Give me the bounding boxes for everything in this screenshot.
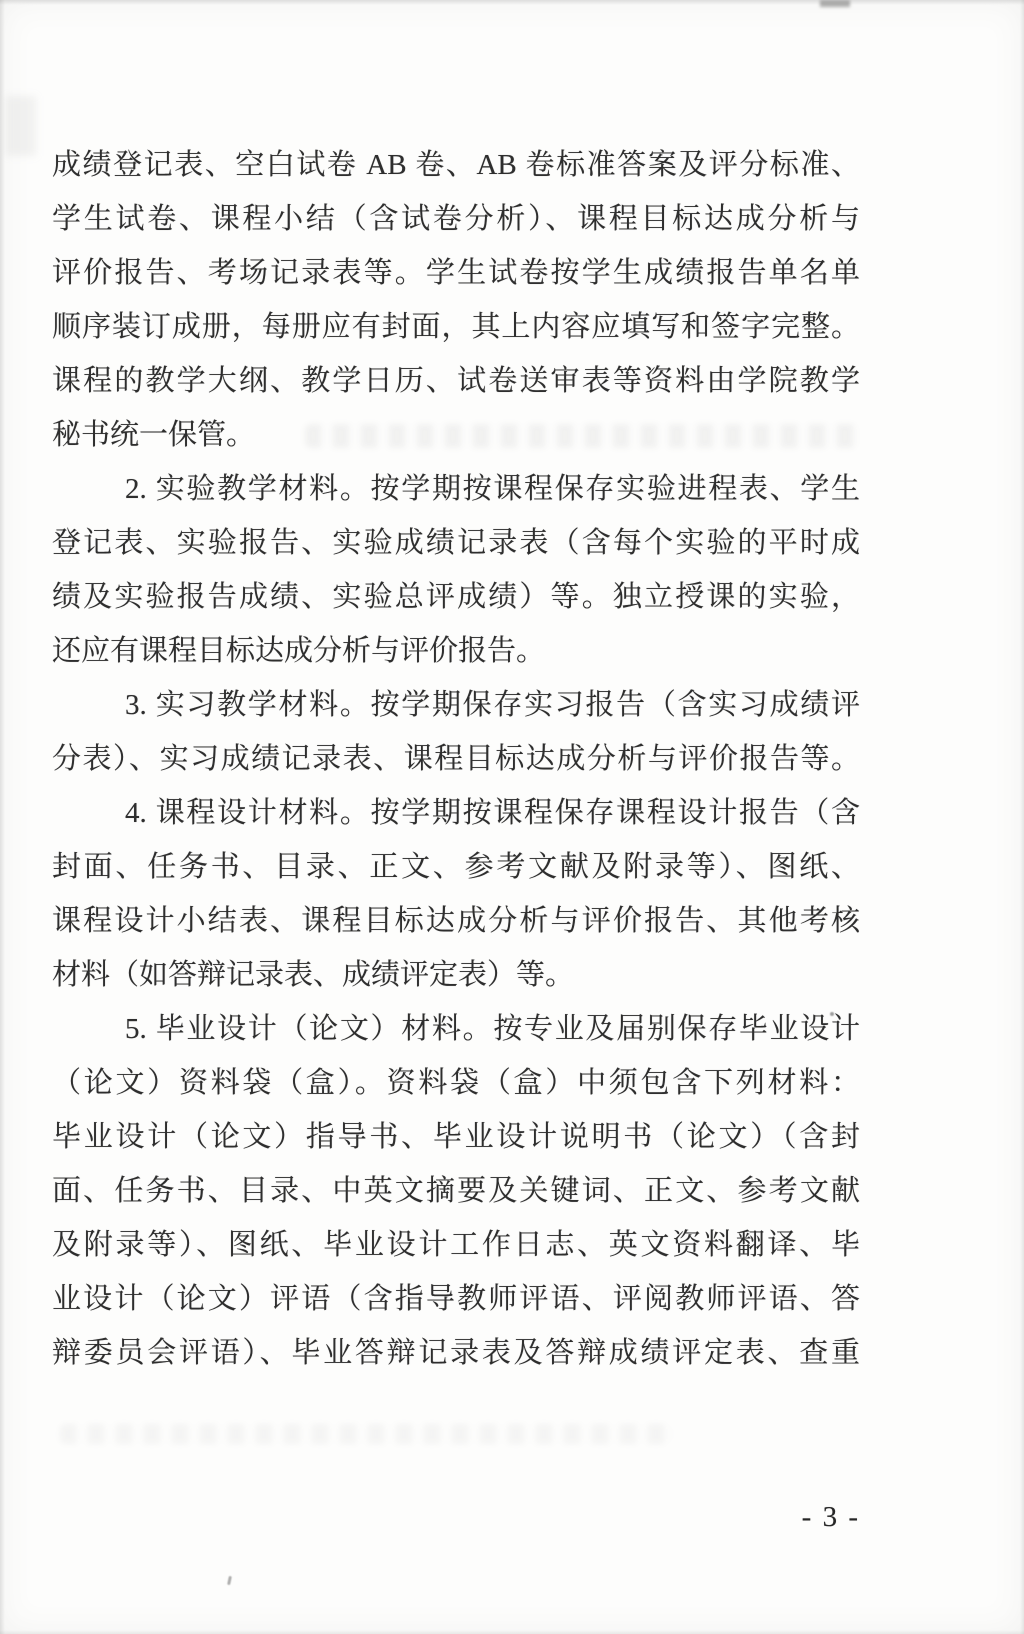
text-line: （论文）资料袋（盒）。资料袋（盒）中须包含下列材料： (52, 1056, 860, 1110)
text-line: 5. 毕业设计（论文）材料。按专业及届别保存毕业设计 (52, 1002, 860, 1056)
text-line: 顺序装订成册，每册应有封面，其上内容应填写和签字完整。 (52, 300, 860, 354)
text-line: 业设计（论文）评语（含指导教师评语、评阅教师评语、答 (52, 1272, 860, 1326)
text-line: 2. 实验教学材料。按学期按课程保存实验进程表、学生 (52, 462, 860, 516)
scan-edge (0, 0, 5, 1634)
text-line: 辩委员会评语）、毕业答辩记录表及答辩成绩评定表、查重 (52, 1326, 860, 1380)
document-body: 成绩登记表、空白试卷 AB 卷、AB 卷标准答案及评分标准、 学生试卷、课程小结… (52, 138, 860, 1380)
text-line: 4. 课程设计材料。按学期按课程保存课程设计报告（含 (52, 786, 860, 840)
text-line: 学生试卷、课程小结（含试卷分析）、课程目标达成分析与 (52, 192, 860, 246)
text-line: 毕业设计（论文）指导书、毕业设计说明书（论文）（含封 (52, 1110, 860, 1164)
scan-edge (1020, 0, 1024, 1634)
text-line: 面、任务书、目录、中英文摘要及关键词、正文、参考文献 (52, 1164, 860, 1218)
text-line: 绩及实验报告成绩、实验总评成绩）等。独立授课的实验， (52, 570, 860, 624)
text-line: 及附录等）、图纸、毕业设计工作日志、英文资料翻译、毕 (52, 1218, 860, 1272)
document-page: 成绩登记表、空白试卷 AB 卷、AB 卷标准答案及评分标准、 学生试卷、课程小结… (0, 0, 1024, 1634)
scan-speck (227, 1576, 232, 1585)
page-number: - 3 - (802, 1500, 860, 1534)
text-line: 课程设计小结表、课程目标达成分析与评价报告、其他考核 (52, 894, 860, 948)
scan-bleed-artifact (60, 1424, 675, 1444)
scan-edge (0, 0, 1024, 5)
text-line: 课程的教学大纲、教学日历、试卷送审表等资料由学院教学 (52, 354, 860, 408)
text-line: 还应有课程目标达成分析与评价报告。 (52, 624, 860, 678)
text-line: 秘书统一保管。 (52, 408, 860, 462)
scan-smudge (6, 96, 36, 156)
text-line: 3. 实习教学材料。按学期保存实习报告（含实习成绩评 (52, 678, 860, 732)
scan-edge (0, 1630, 1024, 1634)
text-line: 评价报告、考场记录表等。学生试卷按学生成绩报告单名单 (52, 246, 860, 300)
text-line: 成绩登记表、空白试卷 AB 卷、AB 卷标准答案及评分标准、 (52, 138, 860, 192)
text-line: 分表）、实习成绩记录表、课程目标达成分析与评价报告等。 (52, 732, 860, 786)
text-line: 封面、任务书、目录、正文、参考文献及附录等）、图纸、 (52, 840, 860, 894)
text-line: 登记表、实验报告、实验成绩记录表（含每个实验的平时成 (52, 516, 860, 570)
text-line: 材料（如答辩记录表、成绩评定表）等。 (52, 948, 860, 1002)
